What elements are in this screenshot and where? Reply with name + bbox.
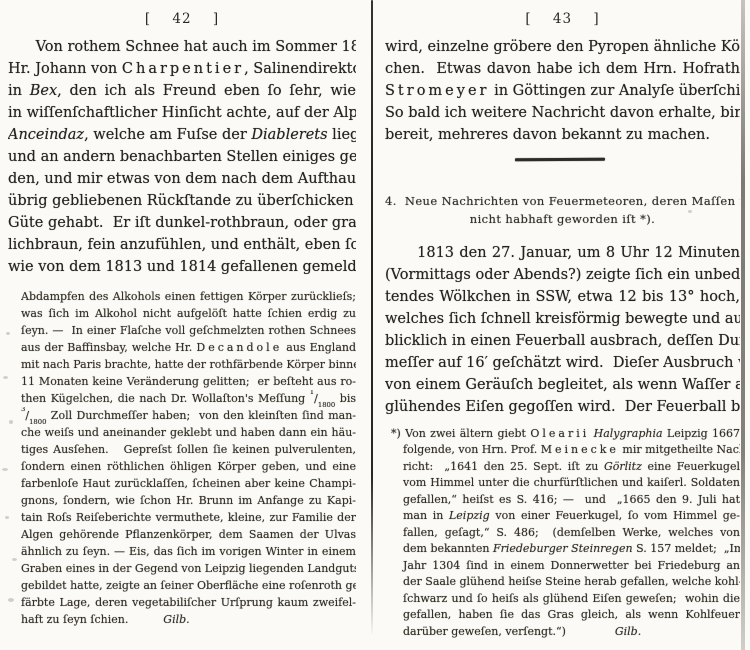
text-line: meſſer auf 16′ geſchätzt wird. Dieſer Au… <box>385 352 740 374</box>
text-line: 3/1800 Zoll Durchmeſſer haben; von den k… <box>21 407 356 424</box>
text-line: folgende, von Hrn. Prof. Meinecke mir mi… <box>391 442 740 459</box>
main-text-right: wird, einzelne gröbere den Pyropen ähnli… <box>385 36 740 146</box>
text-line: vom Himmel unter die churfürſtlichen und… <box>391 475 740 492</box>
text-line: nicht habhaft geworden iſt *). <box>385 210 740 228</box>
footnote-left: Abdampfen des Alkohols einen fettigen Kö… <box>21 288 356 628</box>
text-line: glühendes Eiſen gegoſſen wird. Der Feuer… <box>385 396 740 418</box>
text-line: So bald ich weitere Nachricht davon erha… <box>385 102 740 124</box>
text-line: in Bex, den ich als Freund eben ſo ſehr,… <box>8 80 356 102</box>
text-line: der Saale glühend heiſse Steine herab ge… <box>391 574 740 591</box>
text-line: 11 Monaten keine Veränderung gelitten; e… <box>21 373 356 390</box>
scan-speckle <box>688 210 692 213</box>
text-line: richt: „1641 den 25. Sept. iſt zu Görlit… <box>391 459 740 476</box>
text-line: (Vormittags oder Abends?) zeigte ſich ei… <box>385 264 740 286</box>
text-line: 4. Neue Nachrichten von Feuermeteoren, d… <box>385 192 740 210</box>
text-line: übrig gebliebenen Rückſtande zu überſchi… <box>8 190 356 212</box>
scan-speckle <box>9 420 13 424</box>
text-line: gebildet hatte, zeigte an ſeiner Oberflä… <box>21 577 356 594</box>
text-line: blicklich in einen Feuerball ausbrach, d… <box>385 330 740 352</box>
text-line: 1813 den 27. Januar, um 8 Uhr 12 Minuten <box>385 242 740 264</box>
text-line: then Kügelchen, die nach Dr. Wollaſton's… <box>21 390 356 407</box>
text-line: tain Roſs Reiſeberichte vermuthete, klei… <box>21 509 356 526</box>
text-line: gnons, ſondern, wie ſchon Hr. Brunn im A… <box>21 492 356 509</box>
page-43: [ 43 ] wird, einzelne gröbere den Pyrope… <box>385 0 740 640</box>
text-line: man in Leipzig von einer Feuerkugel, ſo … <box>391 508 740 525</box>
text-line: tiges Ausſehen. Gepreſst ſollen ſie kein… <box>21 441 356 458</box>
text-line: ähnlich zu ſeyn. — Eis, das ſich im vori… <box>21 543 356 560</box>
text-line: Hr. Johann von Charpentier, Salinendirek… <box>8 58 356 80</box>
text-line: welches ſich ſchnell kreisförmig bewegte… <box>385 308 740 330</box>
text-line: lichbraun, fein anzufühlen, und enthält,… <box>8 234 356 256</box>
text-line: den, und mir etwas von dem nach dem Auft… <box>8 168 356 190</box>
text-line: Anceindaz, welche am Fuſse der Diableret… <box>8 124 356 146</box>
scan-speckle <box>12 558 17 561</box>
scan-speckle <box>452 462 455 465</box>
text-line: ſchwarz und ſo heiſs als glühend Eiſen g… <box>391 591 740 608</box>
text-line: was ſich im Alkohol nicht aufgelöſt hatt… <box>21 305 356 322</box>
text-line: Von rothem Schnee hat auch im Sommer 181… <box>8 36 356 58</box>
text-line: tendes Wölkchen in SSW, etwa 12 bis 13° … <box>385 286 740 308</box>
text-line: darüber geweſen, verſengt.“) Gilb. <box>391 624 740 641</box>
text-line: *) Von zwei ältern giebt Olearii Halygra… <box>391 426 740 443</box>
text-line: von einem Geräuſch begleitet, als wenn W… <box>385 374 740 396</box>
text-line: Jahr 1304 ſind in einem Donnerwetter bei… <box>391 558 740 575</box>
text-line: bereit, mehreres davon bekannt zu machen… <box>385 124 740 146</box>
text-line: wird, einzelne gröbere den Pyropen ähnli… <box>385 36 740 58</box>
page-divider-line <box>371 0 373 636</box>
text-line: ſeyn. — In einer Flaſche voll geſchmelzt… <box>21 322 356 339</box>
text-line: aus der Baffinsbay, welche Hr. Decandole… <box>21 339 356 356</box>
main-text-left: Von rothem Schnee hat auch im Sommer 181… <box>8 36 356 278</box>
section-heading: 4. Neue Nachrichten von Feuermeteoren, d… <box>385 192 740 228</box>
section-separator-rule <box>515 158 605 161</box>
book-scan: [ 42 ] Von rothem Schnee hat auch im Som… <box>0 0 750 650</box>
text-line: Graben eines in der Gegend von Leipzig l… <box>21 560 356 577</box>
text-line: in wiſſenſchaftlicher Hinſicht achte, au… <box>8 102 356 124</box>
text-line: che weiſs und aneinander geklebt und hab… <box>21 424 356 441</box>
book-edge-shadow <box>741 0 745 650</box>
text-line: Güte gehabt. Er iſt dunkel-rothbraun, od… <box>8 212 356 234</box>
scan-speckle <box>8 598 14 602</box>
text-line: wie von dem 1813 und 1814 gefallenen gem… <box>8 256 356 278</box>
page-number-right: [ 43 ] <box>385 11 740 27</box>
text-line: färbte Lage, deren vegetabiliſcher Urſpr… <box>21 594 356 611</box>
text-line: und an andern benachbarten Stellen einig… <box>8 146 356 168</box>
text-line: chen. Etwas davon habe ich dem Hrn. Hofr… <box>385 58 740 80</box>
scan-speckle <box>6 332 10 335</box>
text-line: gefallen,“ heiſst es S. 416; — und „1665… <box>391 492 740 509</box>
text-line: mit nach Paris brachte, hatte der rothfä… <box>21 356 356 373</box>
text-line: Algen gehörende Pflanzenkörper, dem Saam… <box>21 526 356 543</box>
text-line: dem bekannten Friedeburger Steinregen S.… <box>391 541 740 558</box>
section-paragraph: 1813 den 27. Januar, um 8 Uhr 12 Minuten… <box>385 242 740 418</box>
text-line: haft zu ſeyn ſchien. Gilb. <box>21 611 356 628</box>
text-line: farbenloſe Haut zurücklaſſen, ſcheinen a… <box>21 475 356 492</box>
scan-speckle <box>2 468 8 471</box>
text-line: Abdampfen des Alkohols einen fettigen Kö… <box>21 288 356 305</box>
scan-speckle <box>5 516 9 519</box>
text-line: fallen, geſagt,“ S. 486; (demſelben Werk… <box>391 525 740 542</box>
page-number-left: [ 42 ] <box>8 11 356 27</box>
scan-speckle <box>3 376 8 379</box>
text-line: gefallen, haben ſie das Gras gleich, als… <box>391 607 740 624</box>
text-line: Stromeyer in Göttingen zur Analyſe überſ… <box>385 80 740 102</box>
footnote-right: *) Von zwei ältern giebt Olearii Halygra… <box>391 426 740 641</box>
text-line: ſondern einen röthlichen öhligen Körper … <box>21 458 356 475</box>
page-42: [ 42 ] Von rothem Schnee hat auch im Som… <box>8 0 356 628</box>
